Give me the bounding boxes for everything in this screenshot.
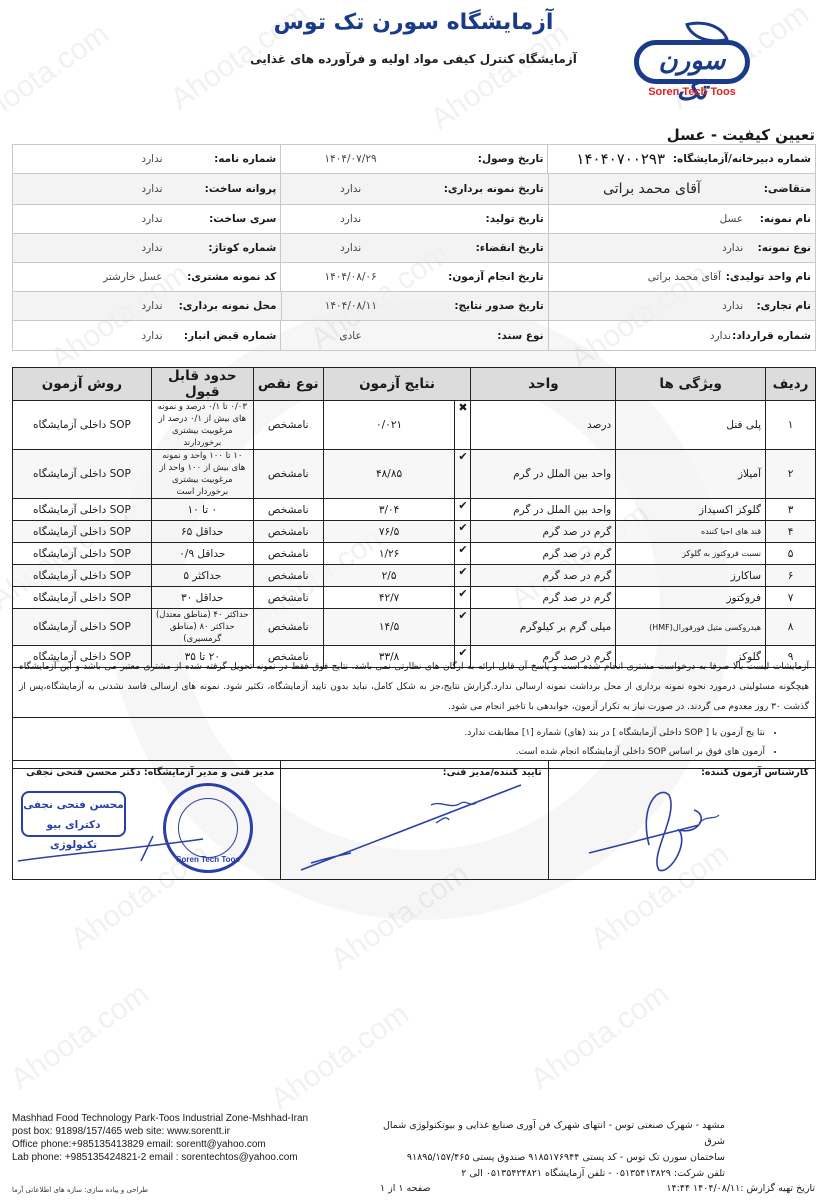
table-row: ۸ هیدروکسی متیل فورفورال(HMF) میلی گرم ب…: [13, 609, 816, 646]
results-header-row: ردیف ویژگی ها واحد نتایج آزمون نوع نقص ح…: [13, 368, 816, 401]
table-row: ۴ قند های احیا کننده گرم در صد گرم ✔ ۷۶/…: [13, 521, 816, 543]
design-credit: طراحی و پیاده سازی: سازه های اطلاعاتی آر…: [12, 1186, 148, 1194]
tester-signature-box: کارشناس آزمون کننده:: [548, 761, 815, 879]
check-icon: ✔: [455, 587, 471, 609]
check-icon: ✔: [455, 565, 471, 587]
applicant-name: آقای محمد براتی: [548, 174, 755, 204]
col-result: نتایج آزمون: [323, 368, 471, 401]
col-limit: حدود قابل قبول: [151, 368, 253, 401]
info-row: متقاضی: آقای محمد براتی تاریخ نمونه بردا…: [13, 174, 815, 205]
table-row: ۵ نسبت فروکتوز به گلوکز گرم در صد گرم ✔ …: [13, 543, 816, 565]
col-row: ردیف: [766, 368, 816, 401]
table-row: ۱ پلی فنل درصد ✖ ۰/۰۲۱ نامشخص ۰/۰۳ تا ۰/…: [13, 401, 816, 450]
info-row: نوع نمونه: ندارد تاریخ انقضاء: ندارد شما…: [13, 234, 815, 263]
signature-icon: [579, 775, 779, 875]
lab-report-page: سورن تک Soren Tech Toos آزمایشگاه سورن ت…: [0, 0, 827, 1200]
check-icon: ✔: [455, 609, 471, 646]
disclaimer-text: آزمایشات لیست بالا صرفا به درخواست مشتری…: [13, 657, 815, 718]
lab-name: آزمایشگاه سورن تک توس: [0, 10, 827, 35]
results-table: ردیف ویژگی ها واحد نتایج آزمون نوع نقص ح…: [12, 367, 816, 668]
table-row: ۷ فروکتوز گرم در صد گرم ✔ ۴۲/۷ نامشخص حد…: [13, 587, 816, 609]
check-icon: ✔: [455, 450, 471, 499]
fail-x-icon: ✖: [455, 401, 471, 450]
signature-icon: [13, 821, 213, 881]
registry-number: ۱۴۰۴۰۷۰۰۲۹۳: [547, 145, 693, 173]
info-row: نام واحد تولیدی: آقای محمد براتی تاریخ ا…: [13, 263, 815, 292]
conclusion-item: نتا یج آزمون با [ SOP داخلی آزمایشگاه ] …: [19, 724, 765, 743]
manager-signature-box: مدیر فنی و مدیر آزمایشگاه: دکتر محسن فتح…: [13, 761, 280, 879]
info-row: نام نمونه: عسل تاریخ تولید: ندارد سری سا…: [13, 205, 815, 234]
document-title: تعیین کیفیت - عسل: [667, 126, 815, 144]
col-unit: واحد: [471, 368, 616, 401]
col-property: ویژگی ها: [616, 368, 766, 401]
check-icon: ✔: [455, 543, 471, 565]
page-number: صفحه ۱ از ۱: [380, 1183, 431, 1194]
info-row: شماره دبیرخانه/آزمایشگاه: ۱۴۰۴۰۷۰۰۲۹۳ تا…: [13, 145, 815, 174]
notes-section: آزمایشات لیست بالا صرفا به درخواست مشتری…: [12, 657, 816, 769]
check-icon: ✔: [455, 499, 471, 521]
col-method: روش آزمون: [13, 368, 152, 401]
signature-icon: [291, 775, 531, 875]
table-row: ۶ ساکارز گرم در صد گرم ✔ ۲/۵ نامشخص حداک…: [13, 565, 816, 587]
footer-address-fa: مشهد - شهرک صنعتی توس - انتهای شهرک فن آ…: [365, 1118, 725, 1182]
footer-address-en: Mashhad Food Technology Park-Toos Indust…: [12, 1112, 308, 1164]
signatures-section: کارشناس آزمون کننده: تایید کننده/مدیر فن…: [12, 760, 816, 880]
approver-signature-box: تایید کننده/مدیر فنی:: [280, 761, 547, 879]
check-icon: ✔: [455, 521, 471, 543]
col-defect: نوع نقص: [253, 368, 323, 401]
info-row: شماره قرارداد: ندارد نوع سند: عادی شماره…: [13, 321, 815, 350]
report-date: تاریخ تهیه گزارش :۱۴۰۴/۰۸/۱۱ ۱۴:۴۴: [666, 1183, 815, 1194]
table-row: ۳ گلوکز اکسیداز واحد بین الملل در گرم ✔ …: [13, 499, 816, 521]
table-row: ۲ آمیلاز واحد بین الملل در گرم ✔ ۴۸/۸۵ ن…: [13, 450, 816, 499]
lab-subtitle: آزمایشگاه کنترل کیفی مواد اولیه و فرآورد…: [0, 52, 827, 66]
info-row: نام تجاری: ندارد تاریخ صدور نتایج: ۱۴۰۴/…: [13, 292, 815, 321]
sample-info-grid: شماره دبیرخانه/آزمایشگاه: ۱۴۰۴۰۷۰۰۲۹۳ تا…: [12, 144, 816, 351]
